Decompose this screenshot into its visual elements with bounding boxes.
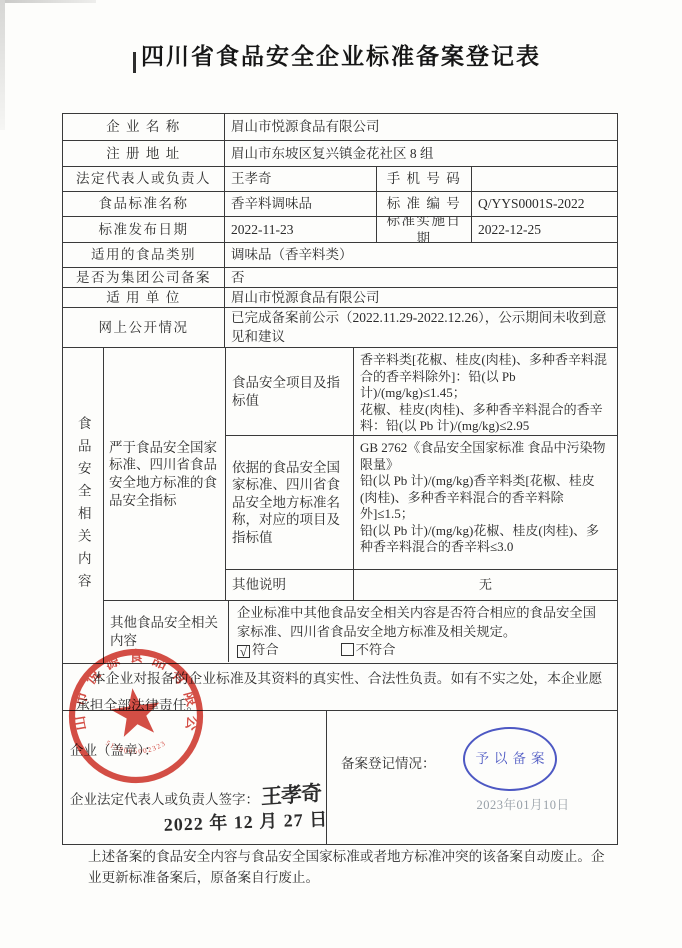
scan-artifact-top-line [0,0,96,3]
public-notice-value: 已完成备案前公示（2022.11.29-2022.12.26），公示期间未收到意… [224,308,617,347]
basis-row: 依据的食品安全国家标准、四川省食品安全地方标准名称，对应的项目及指标值 GB 2… [226,436,617,570]
basis-label: 依据的食品安全国家标准、四川省食品安全地方标准名称，对应的项目及指标值 [226,436,353,569]
legal-rep-label: 法定代表人或负责人 [63,167,224,191]
footer-note: 上述备案的食品安全内容与食品安全国家标准或者地方标准冲突的该备案自动废止。企业更… [62,846,612,888]
registration-status-cell: 备案登记情况： 予以备案 2023年01月10日 [326,711,617,844]
company-seal-label: 企业（盖章）： [70,742,158,760]
checkbox-unchecked-icon [341,643,354,656]
other-note-row: 其他说明 无 [226,570,617,600]
signing-row: 企业（盖章）： 企业法定代表人或负责人签字：王孝奇 2022 年 12 月 27… [63,711,617,844]
declaration-text: 本企业对报备的企业标准及其资料的真实性、合法性负责。如有不实之处，本企业愿承担全… [63,664,617,710]
applicable-unit-row: 适 用 单 位 眉山市悦源食品有限公司 [63,288,617,308]
other-related-value: 企业标准中其他食品安全相关内容是否符合相应的食品安全国家标准、四川省食品安全地方… [228,601,617,662]
declaration-row: 本企业对报备的企业标准及其资料的真实性、合法性负责。如有不实之处，本企业愿承担全… [63,664,617,711]
handwritten-signature: 王孝奇 [261,780,321,812]
phone-value [471,167,617,191]
standard-name-label: 食品标准名称 [63,192,224,216]
other-note-value: 无 [353,570,617,600]
implement-date-label: 标准实施日期 [376,217,471,242]
standard-name-value: 香辛料调味品 [224,192,376,216]
food-category-value: 调味品（香辛料类） [224,243,617,267]
company-name-row: 企 业 名 称 眉山市悦源食品有限公司 [63,114,617,141]
registration-table: 企 业 名 称 眉山市悦源食品有限公司 注 册 地 址 眉山市东坡区复兴镇金花社… [62,113,618,845]
page-title: 四川省食品安全企业标准备案登记表 [0,38,682,71]
checkbox-no-label: 不符合 [356,642,396,657]
handwritten-date: 2022 年 12 月 27 日 [161,808,326,837]
standard-no-label: 标 准 编 号 [376,192,471,216]
group-filing-value: 否 [224,268,617,287]
safety-items-label: 食品安全项目及指标值 [226,348,353,435]
group-filing-label: 是否为集团公司备案 [63,268,224,287]
other-related-row: 其他食品安全相关内容 企业标准中其他食品安全相关内容是否符合相应的食品安全国家标… [104,601,617,662]
publish-date-label: 标准发布日期 [63,217,224,242]
food-safety-section: 食品安全相关内容 严于食品安全国家标准、四川省食品安全地方标准的食品安全指标 食… [63,348,617,664]
other-related-label: 其他食品安全相关内容 [104,601,228,662]
public-notice-label: 网上公开情况 [63,308,224,347]
food-safety-side-cell: 食品安全相关内容 [63,348,103,663]
applicable-unit-value: 眉山市悦源食品有限公司 [224,288,617,307]
applicable-unit-label: 适 用 单 位 [63,288,224,307]
stricter-indicators-label: 严于食品安全国家标准、四川省食品安全地方标准的食品安全指标 [104,348,225,600]
other-note-label: 其他说明 [226,570,353,600]
registration-status-label: 备案登记情况： [341,755,436,773]
safety-items-row: 食品安全项目及指标值 香辛料类[花椒、桂皮(肉桂)、多种香辛料混合的香辛料除外]… [226,348,617,436]
checkbox-checked-icon: √ [237,645,250,658]
sign-label: 企业法定代表人或负责人签字： [70,792,259,807]
standard-name-row: 食品标准名称 香辛料调味品 标 准 编 号 Q/YYS0001S-2022 [63,192,617,217]
food-category-label: 适用的食品类别 [63,243,224,267]
food-category-row: 适用的食品类别 调味品（香辛料类） [63,243,617,268]
company-name-value: 眉山市悦源食品有限公司 [224,114,617,140]
group-filing-row: 是否为集团公司备案 否 [63,268,617,288]
legal-rep-row: 法定代表人或负责人 王孝奇 手 机 号 码 [63,167,617,192]
scanned-registration-form: 四川省食品安全企业标准备案登记表 企 业 名 称 眉山市悦源食品有限公司 注 册… [0,0,682,948]
approval-stamp-text: 予以备案 [471,750,550,768]
stricter-indicators-block: 严于食品安全国家标准、四川省食品安全地方标准的食品安全指标 食品安全项目及指标值… [104,348,617,601]
company-signing-cell: 企业（盖章）： 企业法定代表人或负责人签字：王孝奇 2022 年 12 月 27… [63,711,326,844]
legal-rep-signature-line: 企业法定代表人或负责人签字：王孝奇 [70,784,321,811]
address-row: 注 册 地 址 眉山市东坡区复兴镇金花社区 8 组 [63,141,617,167]
approval-stamp: 予以备案 [463,727,557,791]
public-notice-row: 网上公开情况 已完成备案前公示（2022.11.29-2022.12.26），公… [63,308,617,348]
indicator-rows: 食品安全项目及指标值 香辛料类[花椒、桂皮(肉桂)、多种香辛料混合的香辛料除外]… [225,348,617,600]
company-name-label: 企 业 名 称 [63,114,224,140]
other-related-text: 企业标准中其他食品安全相关内容是否符合相应的食品安全国家标准、四川省食品安全地方… [237,605,596,639]
dates-row: 标准发布日期 2022-11-23 标准实施日期 2022-12-25 [63,217,617,243]
address-value: 眉山市东坡区复兴镇金花社区 8 组 [224,141,617,166]
food-safety-main: 严于食品安全国家标准、四川省食品安全地方标准的食品安全指标 食品安全项目及指标值… [103,348,617,663]
phone-label: 手 机 号 码 [376,167,471,191]
implement-date-value: 2022-12-25 [471,217,617,242]
standard-no-value: Q/YYS0001S-2022 [471,192,617,216]
checkbox-yes-label: 符合 [252,642,279,657]
publish-date-value: 2022-11-23 [224,217,376,242]
food-safety-side-label: 食品安全相关内容 [74,416,92,596]
safety-items-value: 香辛料类[花椒、桂皮(肉桂)、多种香辛料混合的香辛料除外]：铅(以 Pb 计)/… [353,348,617,435]
address-label: 注 册 地 址 [63,141,224,166]
basis-value: GB 2762《食品安全国家标准 食品中污染物限量》 铅(以 Pb 计)/(mg… [353,436,617,569]
legal-rep-value: 王孝奇 [224,167,376,191]
registration-date: 2023年01月10日 [463,797,583,813]
